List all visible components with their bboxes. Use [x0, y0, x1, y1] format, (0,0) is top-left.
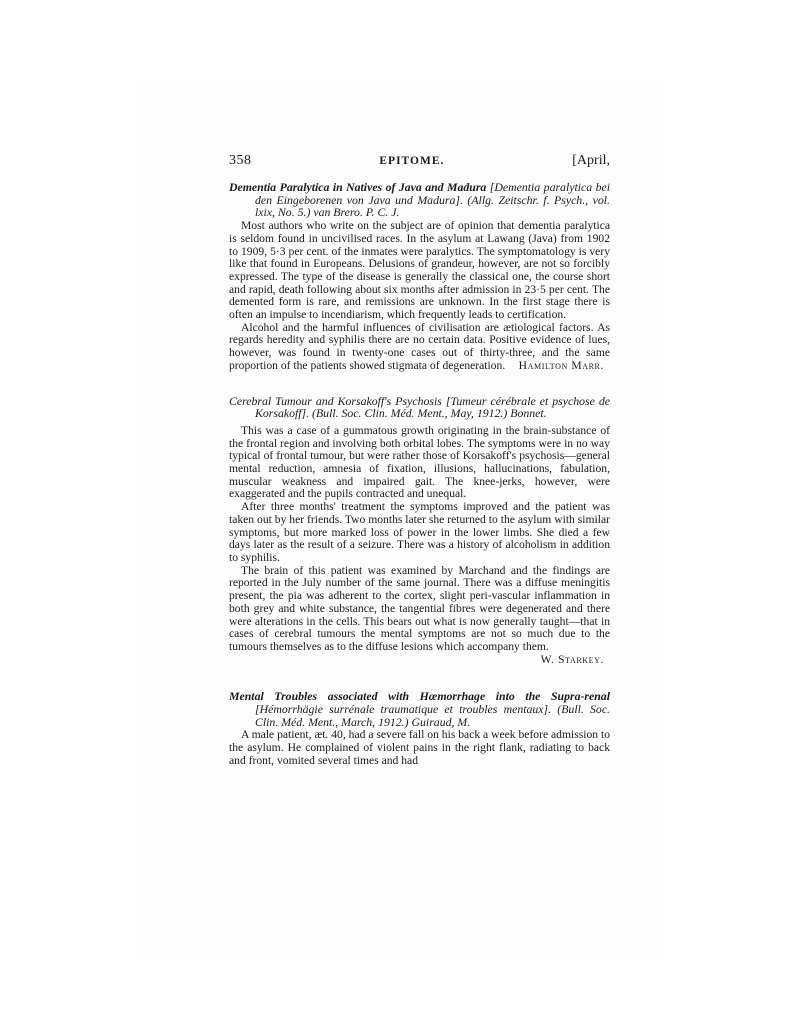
author: van Brero. P. C. J. — [313, 205, 399, 219]
article-supra-renal-haemorrhage: Mental Troubles associated with Hæmorrha… — [229, 690, 610, 767]
journal-page: 358 EPITOME. [April, Dementia Paralytica… — [229, 155, 610, 768]
running-head: 358 EPITOME. [April, — [229, 155, 610, 181]
author: Guiraud, M. — [412, 715, 471, 729]
page-number: 358 — [229, 155, 252, 168]
section-title: EPITOME. — [379, 155, 444, 168]
author: Bonnet. — [510, 406, 546, 420]
article-heading: Mental Troubles associated with Hæmorrha… — [229, 690, 610, 728]
paragraph: This was a case of a gummatous growth or… — [229, 425, 610, 501]
citation: (Bull. Soc. Clin. Méd. Ment., May, 1912.… — [312, 406, 507, 420]
paragraph: The brain of this patient was examined b… — [229, 565, 610, 654]
spacer — [229, 666, 610, 690]
issue-date: [April, — [572, 155, 610, 168]
signature: W. Starkey. — [229, 654, 610, 667]
spacer — [229, 373, 610, 395]
article-cerebral-tumour: Cerebral Tumour and Korsakoff's Psychosi… — [229, 395, 610, 667]
paragraph: After three months' treatment the sympto… — [229, 501, 610, 565]
article-heading: Dementia Paralytica in Natives of Java a… — [229, 181, 610, 219]
article-heading: Cerebral Tumour and Korsakoff's Psychosi… — [229, 395, 610, 420]
article-dementia-paralytica: Dementia Paralytica in Natives of Java a… — [229, 181, 610, 373]
paragraph: Most authors who write on the subject ar… — [229, 220, 610, 322]
paragraph: A male patient, æt. 40, had a severe fal… — [229, 729, 610, 767]
